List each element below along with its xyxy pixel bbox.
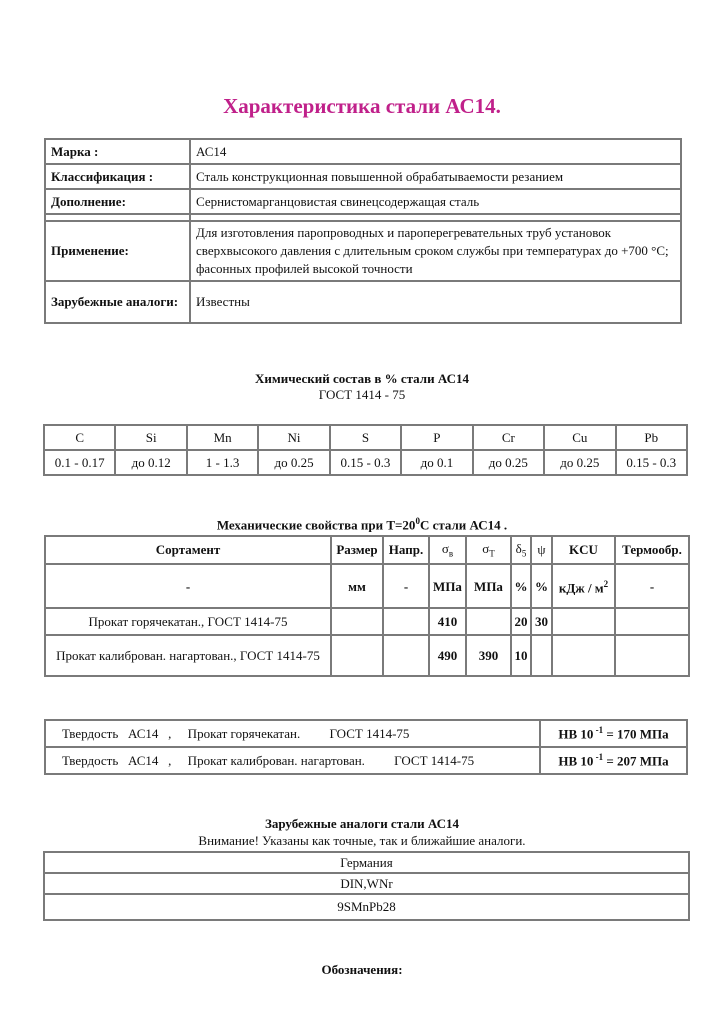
element-value: до 0.1 — [401, 450, 472, 475]
col-size: Размер — [331, 536, 383, 564]
element-header: Pb — [616, 425, 688, 450]
element-header: Ni — [258, 425, 329, 450]
hardness-value: HB 10 -1 = 207 МПа — [540, 747, 687, 774]
element-value: 0.15 - 0.3 — [330, 450, 401, 475]
element-header: Si — [115, 425, 186, 450]
application-value: Для изготовления паропроводных и паропер… — [190, 221, 681, 281]
page-title: Характеристика стали АС14. — [0, 94, 724, 119]
header-row: Сортамент Размер Напр. σв σT δ5 ψ KCU Те… — [45, 536, 689, 564]
analogs-note: Внимание! Указаны как точные, так и ближ… — [0, 833, 724, 849]
col-delta: δ5 — [511, 536, 531, 564]
table-row: Применение: Для изготовления паропроводн… — [45, 221, 681, 281]
col-direction: Напр. — [383, 536, 429, 564]
col-sigma-t: σT — [466, 536, 511, 564]
element-header-row: CSiMnNiSPCrCuPb — [44, 425, 687, 450]
analog-standard: DIN,WNr — [44, 873, 689, 894]
analog-grade: 9SMnPb28 — [44, 894, 689, 920]
foreign-analogs-label: Зарубежные аналоги: — [45, 281, 190, 323]
element-value: 0.15 - 0.3 — [616, 450, 688, 475]
table-row: Германия — [44, 852, 689, 873]
hardness-value: HB 10 -1 = 170 МПа — [540, 720, 687, 747]
analog-country: Германия — [44, 852, 689, 873]
application-label: Применение: — [45, 221, 190, 281]
element-header: P — [401, 425, 472, 450]
element-value: до 0.25 — [258, 450, 329, 475]
element-value-row: 0.1 - 0.17до 0.121 - 1.3до 0.250.15 - 0.… — [44, 450, 687, 475]
classification-label: Классификация : — [45, 164, 190, 189]
chemical-section-title: Химический состав в % стали АС14 — [0, 371, 724, 387]
element-value: 1 - 1.3 — [187, 450, 258, 475]
mechanical-section-title: Механические свойства при Т=200С стали А… — [0, 516, 724, 533]
table-row: Прокат горячекатан., ГОСТ 1414-75 410 20… — [45, 608, 689, 635]
general-properties-table: Марка : АС14 Классификация : Сталь конст… — [44, 138, 682, 324]
spacer-row — [45, 214, 681, 221]
foreign-analogs-table: Германия DIN,WNr 9SMnPb28 — [43, 851, 690, 921]
table-row: Дополнение: Сернистомарганцовистая свине… — [45, 189, 681, 214]
chemical-standard: ГОСТ 1414 - 75 — [0, 387, 724, 403]
element-value: до 0.25 — [544, 450, 615, 475]
units-row: - мм - МПа МПа % % кДж / м2 - — [45, 564, 689, 608]
hardness-description: Твердость АС14 , Прокат калиброван. нага… — [45, 747, 540, 774]
mechanical-properties-table: Сортамент Размер Напр. σв σT δ5 ψ KCU Те… — [44, 535, 690, 677]
col-heat-treatment: Термообр. — [615, 536, 689, 564]
hardness-table: Твердость АС14 , Прокат горячекатан. ГОС… — [44, 719, 688, 775]
col-sortament: Сортамент — [45, 536, 331, 564]
grade-value: АС14 — [190, 139, 681, 164]
element-header: Cr — [473, 425, 544, 450]
addition-value: Сернистомарганцовистая свинецсодержащая … — [190, 189, 681, 214]
analogs-section-title: Зарубежные аналоги стали АС14 — [0, 816, 724, 832]
hardness-description: Твердость АС14 , Прокат горячекатан. ГОС… — [45, 720, 540, 747]
addition-label: Дополнение: — [45, 189, 190, 214]
designations-title: Обозначения: — [0, 962, 724, 978]
element-value: 0.1 - 0.17 — [44, 450, 115, 475]
grade-label: Марка : — [45, 139, 190, 164]
table-row: Твердость АС14 , Прокат горячекатан. ГОС… — [45, 720, 687, 747]
classification-value: Сталь конструкционная повышенной обрабат… — [190, 164, 681, 189]
foreign-analogs-value: Известны — [190, 281, 681, 323]
table-row: Марка : АС14 — [45, 139, 681, 164]
table-row: Классификация : Сталь конструкционная по… — [45, 164, 681, 189]
chemical-composition-table: CSiMnNiSPCrCuPb 0.1 - 0.17до 0.121 - 1.3… — [43, 424, 688, 476]
element-value: до 0.12 — [115, 450, 186, 475]
col-sigma-b: σв — [429, 536, 466, 564]
table-row: Зарубежные аналоги: Известны — [45, 281, 681, 323]
element-value: до 0.25 — [473, 450, 544, 475]
element-header: C — [44, 425, 115, 450]
table-row: Твердость АС14 , Прокат калиброван. нага… — [45, 747, 687, 774]
col-psi: ψ — [531, 536, 552, 564]
kcu-unit: кДж / м2 — [552, 564, 615, 608]
col-kcu: KCU — [552, 536, 615, 564]
table-row: DIN,WNr — [44, 873, 689, 894]
element-header: Mn — [187, 425, 258, 450]
element-header: S — [330, 425, 401, 450]
table-row: Прокат калиброван. нагартован., ГОСТ 141… — [45, 635, 689, 676]
table-row: 9SMnPb28 — [44, 894, 689, 920]
element-header: Cu — [544, 425, 615, 450]
